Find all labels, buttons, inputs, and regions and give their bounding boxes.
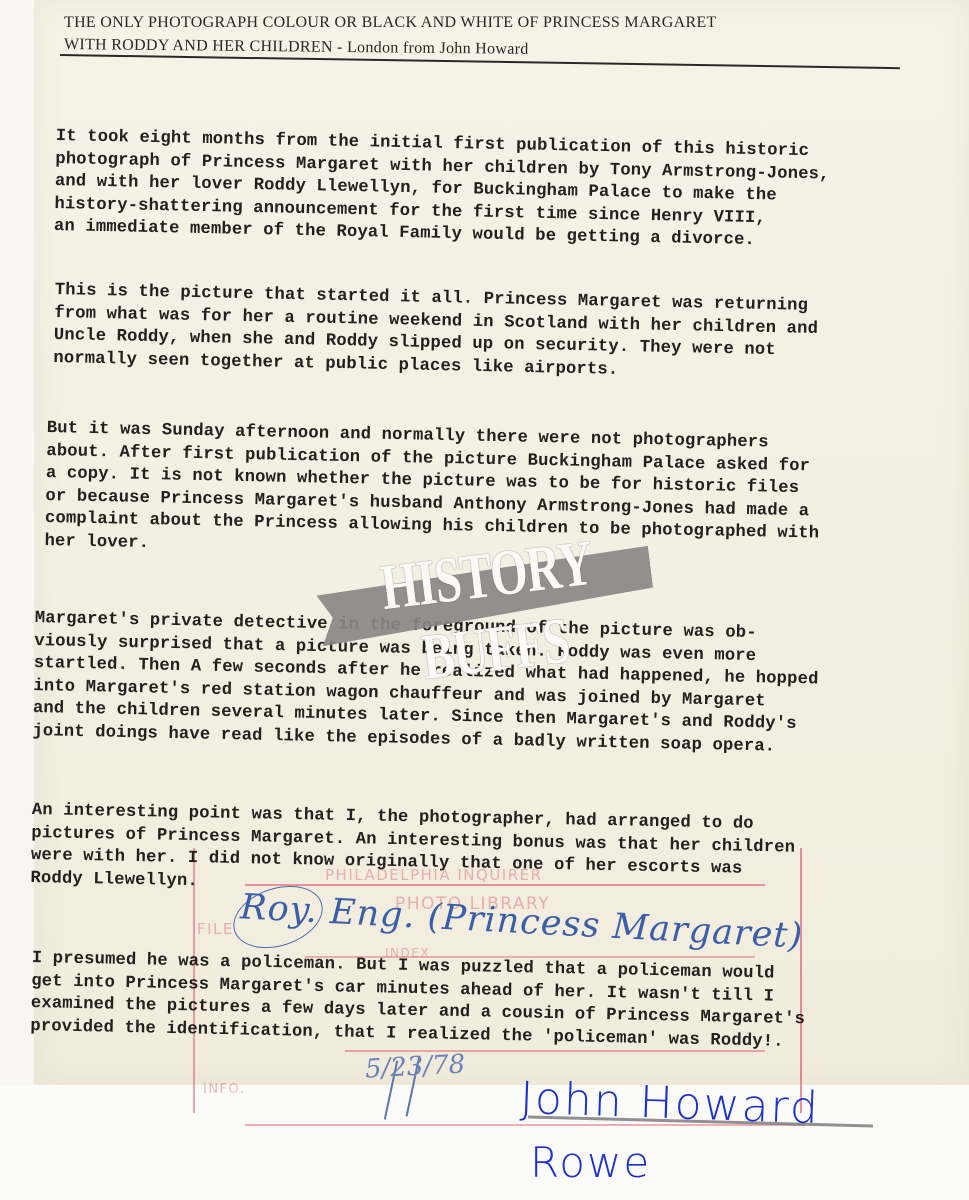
paragraph-5: An interesting point was that I, the pho…	[30, 800, 932, 907]
signature-name: John Howard	[519, 1073, 820, 1134]
document-header: THE ONLY PHOTOGRAPH COLOUR OR BLACK AND …	[64, 12, 894, 56]
paragraph-6: I presumed he was a policeman. But I was…	[30, 948, 932, 1057]
paragraph-2: This is the picture that started it all.…	[53, 280, 955, 389]
paragraph-1: It took eight months from the initial fi…	[54, 126, 956, 257]
header-line-1: THE ONLY PHOTOGRAPH COLOUR OR BLACK AND …	[64, 12, 894, 34]
signature-surname: Rowe	[530, 1138, 651, 1187]
backing-sheet	[0, 1085, 969, 1200]
handwritten-date: 5/23/78	[364, 1049, 466, 1084]
